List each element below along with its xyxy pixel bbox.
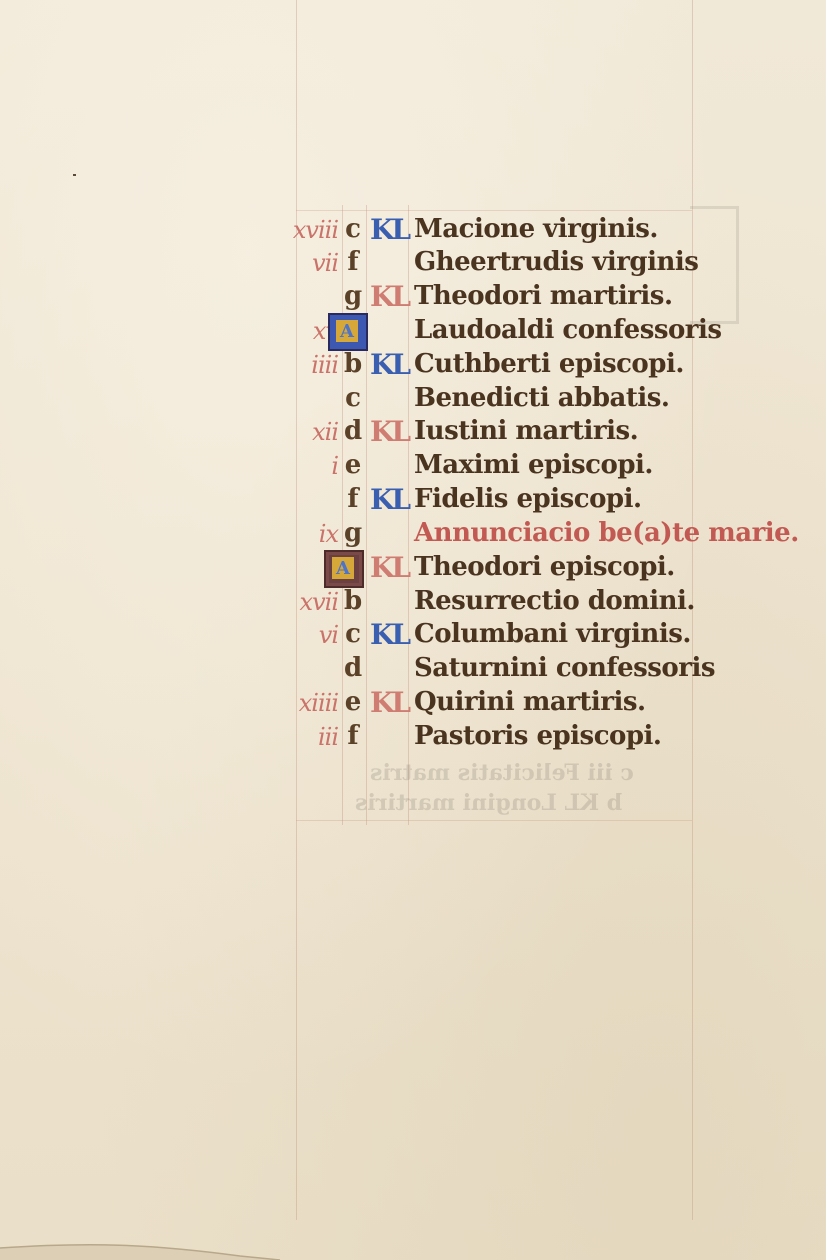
saint-entry: Macione virginis.: [414, 214, 658, 244]
calendar-row: xiiii e KL Quirini martiris.: [286, 687, 706, 720]
calendar-row: iiii b KL Cuthberti episcopi.: [286, 349, 706, 382]
saint-entry: Pastoris episcopi.: [414, 721, 661, 751]
gold-leaf-field: A: [332, 557, 354, 579]
ink-speck: [73, 174, 76, 176]
dominical-letter: g: [344, 518, 362, 548]
dominical-letter: c: [344, 214, 362, 244]
calendar-row: i e Maximi episcopi.: [286, 450, 706, 483]
kl-mark: KL: [370, 483, 402, 516]
calendar-row: vii f Gheertrudis virginis: [286, 247, 706, 280]
calendar-row: c Benedicti abbatis.: [286, 383, 706, 416]
calendar-row: xviii c KL Macione virginis.: [286, 214, 706, 247]
calendar-row: xv A Laudoaldi confessoris A: [286, 315, 706, 348]
calendar-row: f KL Fidelis episcopi.: [286, 484, 706, 517]
kl-mark: KL: [370, 415, 402, 448]
showthrough-line-2: b KL Longini martiris: [355, 790, 622, 816]
golden-number: ix: [286, 520, 338, 548]
dominical-letter: c: [344, 619, 362, 649]
golden-number: iii: [286, 723, 338, 751]
kl-mark: KL: [370, 618, 402, 651]
golden-number: vi: [286, 621, 338, 649]
golden-number: vii: [286, 249, 338, 277]
dominical-letter: d: [344, 416, 362, 446]
kl-mark: KL: [370, 280, 402, 313]
dominical-letter: e: [344, 450, 362, 480]
dominical-letter: b: [344, 349, 362, 379]
kl-mark: KL: [370, 348, 402, 381]
saint-entry: Gheertrudis virginis: [414, 247, 698, 277]
saint-entry: Saturnini confessoris: [414, 653, 715, 683]
kl-mark: KL: [370, 686, 402, 719]
saint-entry: Resurrectio domini.: [414, 586, 695, 616]
saint-entry: Fidelis episcopi.: [414, 484, 642, 514]
dominical-letter: b: [344, 586, 362, 616]
illuminated-initial-icon: A: [328, 313, 368, 351]
dominical-letter: g: [344, 281, 362, 311]
golden-number: xii: [286, 418, 338, 446]
rubric-feast-entry: Annunciacio be(a)te marie.: [414, 518, 799, 548]
initial-letter: A: [332, 558, 354, 579]
golden-number: xvii: [286, 588, 338, 616]
saint-entry: Benedicti abbatis.: [414, 383, 669, 413]
golden-number: i: [286, 452, 338, 480]
saint-entry: Iustini martiris.: [414, 416, 638, 446]
kl-mark: KL: [370, 213, 402, 246]
calendar-row: iii f Pastoris episcopi.: [286, 721, 706, 754]
saint-entry: Theodori martiris.: [414, 281, 673, 311]
dominical-letter: f: [344, 484, 362, 514]
dominical-letter: f: [344, 247, 362, 277]
saint-entry: Theodori episcopi.: [414, 552, 675, 582]
calendar-row: d Saturnini confessoris: [286, 653, 706, 686]
initial-letter: A: [336, 321, 358, 342]
saint-entry: Columbani virginis.: [414, 619, 691, 649]
dominical-letter: c: [344, 383, 362, 413]
ruling-horizontal-bottom: [296, 820, 692, 821]
saint-entry: Maximi episcopi.: [414, 450, 653, 480]
saint-entry: Laudoaldi confessoris: [414, 315, 722, 345]
dominical-letter: f: [344, 721, 362, 751]
manuscript-page: c iii Felicitatis matris b KL Longini ma…: [0, 0, 826, 1260]
ruling-horizontal-top: [296, 210, 692, 211]
saint-entry: Cuthberti episcopi.: [414, 349, 684, 379]
golden-number: xiiii: [286, 689, 338, 717]
dominical-letter: e: [344, 687, 362, 717]
calendar-row: A KL Theodori episcopi. A: [286, 552, 706, 585]
calendar-row: vi c KL Columbani virginis.: [286, 619, 706, 652]
kl-mark: KL: [370, 551, 402, 584]
calendar-row: g KL Theodori martiris.: [286, 281, 706, 314]
gold-leaf-field: A: [336, 320, 358, 342]
calendar-row: xii d KL Iustini martiris.: [286, 416, 706, 449]
calendar-row: xvii b Resurrectio domini.: [286, 586, 706, 619]
saint-entry: Quirini martiris.: [414, 687, 646, 717]
page-edge-fold: [0, 1220, 826, 1260]
dominical-letter: d: [344, 653, 362, 683]
illuminated-initial-icon: A: [324, 550, 364, 588]
golden-number: xviii: [286, 216, 338, 244]
showthrough-line-1: c iii Felicitatis matris: [370, 760, 634, 786]
golden-number: iiii: [286, 351, 338, 379]
calendar-row: ix g Annunciacio be(a)te marie.: [286, 518, 706, 551]
